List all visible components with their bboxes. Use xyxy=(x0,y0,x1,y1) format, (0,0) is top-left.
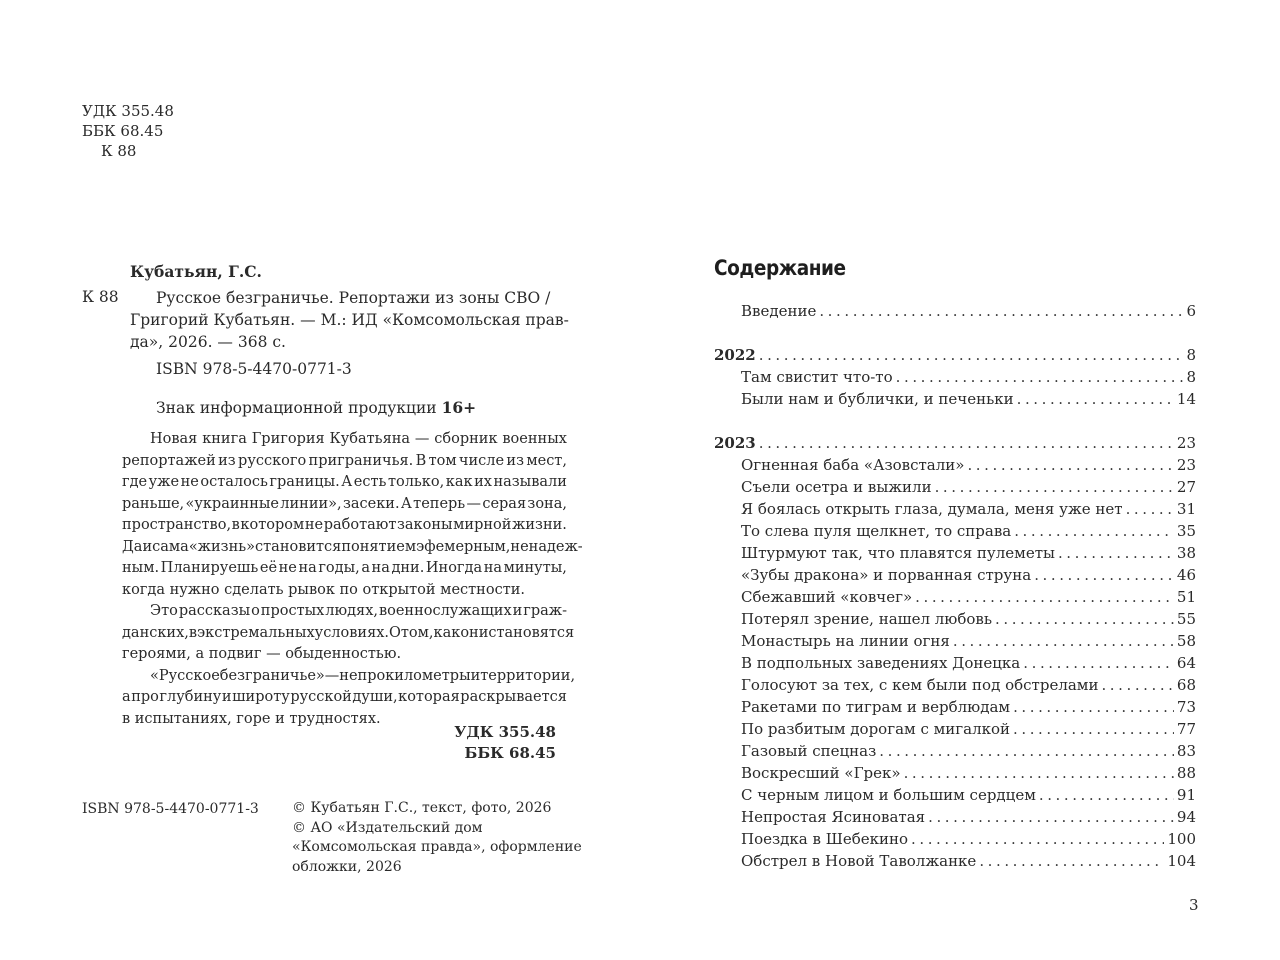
toc-entry-label: Там свистит что-то xyxy=(741,366,893,388)
toc-year-heading[interactable]: 20228 xyxy=(714,344,1196,366)
toc-entry[interactable]: То слева пуля щелкнет, то справа35 xyxy=(714,520,1196,542)
toc-page-number: 83 xyxy=(1177,740,1196,762)
annotation-word: условиях. xyxy=(315,623,389,645)
toc-entry[interactable]: Монастырь на линии огня58 xyxy=(714,630,1196,652)
annotation-word: и xyxy=(513,601,523,623)
annotation-word: В xyxy=(416,451,427,473)
toc-page-number: 46 xyxy=(1177,564,1196,586)
toc-page-number: 23 xyxy=(1177,454,1196,476)
toc-entry-label: В подпольных заведениях Донецка xyxy=(741,652,1020,674)
toc-page-number: 51 xyxy=(1177,586,1196,608)
toc-page-number: 68 xyxy=(1177,674,1196,696)
annotation-word: — xyxy=(467,494,482,516)
catalog-author-mark: К 88 xyxy=(82,287,119,307)
annotation-word: как xyxy=(434,623,461,645)
annotation-word: «Русское xyxy=(150,666,220,688)
annotation-word: минуты, xyxy=(504,558,567,580)
annotation-word: Планируешь xyxy=(161,558,259,580)
annotation-word: простых xyxy=(261,601,325,623)
annotation-word: только, xyxy=(388,472,444,494)
annotation-word: из xyxy=(218,451,236,473)
toc-leader-dots xyxy=(1058,542,1174,564)
catalog-title-line: Григорий Кубатьян. — М.: ИД «Комсомольск… xyxy=(130,309,566,331)
annotation-line: репортажейизрусскогоприграничья.Втомчисл… xyxy=(122,451,567,473)
annotation-word: души, xyxy=(352,687,397,709)
table-of-contents: Введение620228Там свистит что-то8Были на… xyxy=(714,300,1196,872)
annotation-word: книга xyxy=(202,429,247,451)
toc-entry[interactable]: В подпольных заведениях Донецка64 xyxy=(714,652,1196,674)
annotation-word: данских, xyxy=(122,623,189,645)
annotation-word: людях, xyxy=(325,601,378,623)
toc-page-number: 100 xyxy=(1167,828,1196,850)
annotation-word: а xyxy=(361,558,370,580)
age-sign-label: Знак информационной продукции xyxy=(156,399,437,417)
annotation-classification: УДК 355.48 ББК 68.45 xyxy=(430,722,556,764)
annotation-word: Иногда xyxy=(426,558,482,580)
toc-leader-dots xyxy=(1126,498,1174,520)
toc-gap xyxy=(714,410,1196,432)
toc-entry[interactable]: Обстрел в Новой Таволжанке104 xyxy=(714,850,1196,872)
toc-entry[interactable]: Ракетами по тиграм и верблюдам73 xyxy=(714,696,1196,718)
annotation-word: в xyxy=(232,515,240,537)
toc-page-number: 88 xyxy=(1177,762,1196,784)
annotation-word: о xyxy=(251,601,260,623)
toc-entry-label: Воскресший «Грек» xyxy=(741,762,901,784)
toc-leader-dots xyxy=(995,608,1174,630)
annotation-line: апроглубинуиширотурусскойдуши,котораярас… xyxy=(122,687,567,709)
annotation-word: глубину xyxy=(159,687,221,709)
toc-entry[interactable]: Сбежавший «ковчег»51 xyxy=(714,586,1196,608)
copyright-line: «Комсомольская правда», оформление xyxy=(292,838,582,858)
toc-leader-dots xyxy=(896,366,1184,388)
copyright-block: © Кубатьян Г.С., текст, фото, 2026 © АО … xyxy=(292,799,582,877)
annotation-word: осталось xyxy=(200,472,267,494)
catalog-author-heading: Кубатьян, Г.С. xyxy=(130,262,262,282)
toc-leader-dots xyxy=(979,850,1164,872)
toc-leader-dots xyxy=(1023,652,1174,674)
annotation-word: раньше, xyxy=(122,494,184,516)
annotation-word: безграничье» xyxy=(220,666,325,688)
toc-year-heading[interactable]: 202323 xyxy=(714,432,1196,454)
annotation-word: — xyxy=(325,666,340,688)
toc-leader-dots xyxy=(1013,696,1174,718)
toc-leader-dots xyxy=(928,806,1174,828)
annotation-word: в xyxy=(189,623,197,645)
annotation-line: гдеуженеосталосьграницы.Аестьтолько,каки… xyxy=(122,472,567,494)
annotation-word: годы, xyxy=(318,558,359,580)
annotation-word: широту xyxy=(232,687,290,709)
toc-title: Содержание xyxy=(714,256,846,280)
annotation-line: Даисама«жизнь»становитсяпонятиемэфемерны… xyxy=(122,537,567,559)
toc-entry[interactable]: Я боялась открыть глаза, думала, меня уж… xyxy=(714,498,1196,520)
annotation-word: дни. xyxy=(391,558,424,580)
annotation-word: не xyxy=(305,515,323,537)
toc-entry[interactable]: Газовый спецназ83 xyxy=(714,740,1196,762)
annotation-word: котором xyxy=(240,515,304,537)
annotation-line: НоваякнигаГригорияКубатьяна—сборниквоенн… xyxy=(122,429,567,451)
toc-entry-label: Огненная баба «Азовстали» xyxy=(741,454,964,476)
annotation: НоваякнигаГригорияКубатьяна—сборниквоенн… xyxy=(122,429,567,730)
toc-entry-label: Я боялась открыть глаза, думала, меня уж… xyxy=(741,498,1123,520)
toc-page-number: 31 xyxy=(1177,498,1196,520)
toc-entry[interactable]: Там свистит что-то8 xyxy=(714,366,1196,388)
annotation-word: и xyxy=(471,666,481,688)
annotation-word: русского xyxy=(238,451,306,473)
udk-code: УДК 355.48 xyxy=(430,722,556,743)
annotation-word: теперь xyxy=(413,494,465,516)
annotation-word: пространство, xyxy=(122,515,231,537)
annotation-word: из xyxy=(506,451,524,473)
annotation-word: где xyxy=(122,472,147,494)
annotation-word: засеки. xyxy=(343,494,400,516)
annotation-word: мест, xyxy=(526,451,567,473)
annotation-word: работают xyxy=(324,515,397,537)
annotation-word: называли xyxy=(493,472,566,494)
annotation-word: А xyxy=(341,472,352,494)
annotation-word: ным. xyxy=(122,558,159,580)
annotation-word: Кубатьяна xyxy=(330,429,411,451)
annotation-word: репортажей xyxy=(122,451,216,473)
toc-entry[interactable]: Были нам и бублички, и печеньки14 xyxy=(714,388,1196,410)
annotation-word: жизни. xyxy=(512,515,567,537)
annotation-word: их xyxy=(474,472,492,494)
annotation-word: Григория xyxy=(252,429,325,451)
catalog-title-line: да», 2026. — 368 с. xyxy=(130,331,566,353)
annotation-line: пространство,вкоторомнеработаютзаконымир… xyxy=(122,515,567,537)
toc-entry-label: Сбежавший «ковчег» xyxy=(741,586,912,608)
annotation-word: экстремальных xyxy=(197,623,315,645)
annotation-line: когда нужно сделать рывок по открытой ме… xyxy=(122,580,567,602)
udk-code: УДК 355.48 xyxy=(82,101,174,121)
toc-leader-dots xyxy=(911,828,1164,850)
age-sign: Знак информационной продукции 16+ xyxy=(156,398,476,418)
toc-entry-label: Монастырь на линии огня xyxy=(741,630,950,652)
catalog-title-line: Русское безграничье. Репортажи из зоны С… xyxy=(130,287,566,309)
toc-entry-label: «Зубы дракона» и порванная струна xyxy=(741,564,1031,586)
bbk-code: ББК 68.45 xyxy=(82,121,174,141)
annotation-word: том, xyxy=(401,623,434,645)
annotation-word: законы xyxy=(397,515,453,537)
annotation-word: километры xyxy=(385,666,470,688)
toc-page-number: 6 xyxy=(1186,300,1196,322)
toc-entry[interactable]: Поездка в Шебекино100 xyxy=(714,828,1196,850)
toc-leader-dots xyxy=(879,740,1174,762)
toc-entry-label: 2022 xyxy=(714,344,756,366)
annotation-word: рассказы xyxy=(179,601,250,623)
annotation-word: как xyxy=(446,472,473,494)
toc-leader-dots xyxy=(1101,674,1173,696)
toc-entry-label: Съели осетра и выжили xyxy=(741,476,932,498)
annotation-line: ным.Планируешьеёненагоды,анадни.Иногдана… xyxy=(122,558,567,580)
toc-entry-label: Введение xyxy=(741,300,816,322)
toc-page-number: 8 xyxy=(1186,366,1196,388)
toc-entry-label: Штурмуют так, что плавятся пулеметы xyxy=(741,542,1055,564)
annotation-word: а xyxy=(122,687,131,709)
annotation-word: «украинные xyxy=(185,494,279,516)
catalog-isbn: ISBN 978-5-4470-0771-3 xyxy=(156,359,352,379)
annotation-word: не xyxy=(339,666,357,688)
toc-page-number: 8 xyxy=(1186,344,1196,366)
copyright-line: © АО «Издательский дом xyxy=(292,819,582,839)
toc-entry-label: По разбитым дорогам с мигалкой xyxy=(741,718,1010,740)
annotation-word: Это xyxy=(150,601,178,623)
copyright-line: © Кубатьян Г.С., текст, фото, 2026 xyxy=(292,799,582,819)
annotation-word: сама xyxy=(152,537,189,559)
annotation-word: граж- xyxy=(523,601,567,623)
toc-page-number: 35 xyxy=(1177,520,1196,542)
toc-entry-label: То слева пуля щелкнет, то справа xyxy=(741,520,1011,542)
toc-leader-dots xyxy=(1034,564,1174,586)
annotation-word: — xyxy=(415,429,430,451)
toc-entry[interactable]: Съели осетра и выжили27 xyxy=(714,476,1196,498)
toc-leader-dots xyxy=(1017,388,1174,410)
toc-entry[interactable]: Штурмуют так, что плавятся пулеметы38 xyxy=(714,542,1196,564)
toc-entry[interactable]: С черным лицом и большим сердцем91 xyxy=(714,784,1196,806)
annotation-word: серая xyxy=(482,494,526,516)
classification-codes: УДК 355.48 ББК 68.45 К 88 xyxy=(82,101,174,161)
annotation-word: на xyxy=(298,558,316,580)
annotation-word: на xyxy=(372,558,390,580)
page-number: 3 xyxy=(1189,895,1199,915)
toc-entry[interactable]: По разбитым дорогам с мигалкой77 xyxy=(714,718,1196,740)
age-rating: 16+ xyxy=(442,398,477,417)
toc-page-number: 77 xyxy=(1177,718,1196,740)
annotation-word: понятием xyxy=(341,537,416,559)
footer-isbn: ISBN 978-5-4470-0771-3 xyxy=(82,799,259,819)
annotation-word: линии», xyxy=(280,494,341,516)
toc-entry-label: Потерял зрение, нашел любовь xyxy=(741,608,992,630)
toc-leader-dots xyxy=(967,454,1173,476)
toc-leader-dots xyxy=(904,762,1174,784)
toc-page-number: 91 xyxy=(1177,784,1196,806)
toc-page-number: 38 xyxy=(1177,542,1196,564)
copyright-line: обложки, 2026 xyxy=(292,858,582,878)
toc-leader-dots xyxy=(915,586,1174,608)
toc-entry[interactable]: Потерял зрение, нашел любовь55 xyxy=(714,608,1196,630)
annotation-word: А xyxy=(401,494,412,516)
toc-leader-dots xyxy=(1014,520,1174,542)
annotation-line: героями, а подвиг — обыденностью. xyxy=(122,644,567,666)
annotation-word: границы. xyxy=(269,472,339,494)
toc-entry[interactable]: Голосуют за тех, с кем были под обстрела… xyxy=(714,674,1196,696)
toc-entry-label: Непростая Ясиноватая xyxy=(741,806,925,828)
toc-entry-label: Газовый спецназ xyxy=(741,740,876,762)
annotation-word: которая xyxy=(398,687,460,709)
annotation-word: Новая xyxy=(150,429,197,451)
toc-page-number: 14 xyxy=(1177,388,1196,410)
annotation-word: «жизнь» xyxy=(189,537,255,559)
annotation-line: данских,вэкстремальныхусловиях.Отом,како… xyxy=(122,623,567,645)
annotation-word: про xyxy=(358,666,386,688)
toc-entry-label: Ракетами по тиграм и верблюдам xyxy=(741,696,1010,718)
catalog-title-block: Русское безграничье. Репортажи из зоны С… xyxy=(130,287,566,353)
toc-entry-label: Были нам и бублички, и печеньки xyxy=(741,388,1014,410)
annotation-word: не xyxy=(279,558,297,580)
toc-entry-label: Голосуют за тех, с кем были под обстрела… xyxy=(741,674,1098,696)
toc-entry[interactable]: Воскресший «Грек»88 xyxy=(714,762,1196,784)
annotation-word: ненадеж- xyxy=(510,537,582,559)
toc-page-number: 73 xyxy=(1177,696,1196,718)
toc-entry[interactable]: Непростая Ясиноватая94 xyxy=(714,806,1196,828)
annotation-word: на xyxy=(484,558,502,580)
annotation-word: раскрывается xyxy=(460,687,567,709)
annotation-word: О xyxy=(389,623,401,645)
annotation-word: про xyxy=(131,687,159,709)
annotation-line: «Русскоебезграничье»—непрокилометрыитерр… xyxy=(122,666,567,688)
annotation-word: становится xyxy=(255,537,341,559)
annotation-line: раньше,«украинныелинии»,засеки.Атеперь—с… xyxy=(122,494,567,516)
annotation-word: военных xyxy=(502,429,567,451)
annotation-word: и xyxy=(222,687,232,709)
toc-page-number: 58 xyxy=(1177,630,1196,652)
annotation-word: эфемерным, xyxy=(416,537,510,559)
annotation-word: сборник xyxy=(434,429,497,451)
annotation-word: приграничья. xyxy=(309,451,414,473)
toc-entry-label: 2023 xyxy=(714,432,756,454)
toc-leader-dots xyxy=(819,300,1183,322)
annotation-word: Да xyxy=(122,537,142,559)
annotation-word: военнослужащих xyxy=(379,601,512,623)
annotation-word: есть xyxy=(354,472,387,494)
annotation-word: мирной xyxy=(453,515,511,537)
toc-entry-label: С черным лицом и большим сердцем xyxy=(741,784,1036,806)
toc-leader-dots xyxy=(1013,718,1174,740)
toc-entry[interactable]: «Зубы дракона» и порванная струна46 xyxy=(714,564,1196,586)
toc-leader-dots xyxy=(759,344,1184,366)
toc-leader-dots xyxy=(935,476,1174,498)
toc-leader-dots xyxy=(759,432,1174,454)
toc-page-number: 94 xyxy=(1177,806,1196,828)
toc-page-number: 104 xyxy=(1167,850,1196,872)
annotation-word: и xyxy=(142,537,152,559)
annotation-word: они xyxy=(460,623,488,645)
toc-gap xyxy=(714,322,1196,344)
annotation-line: Эторассказыопростыхлюдях,военнослужащихи… xyxy=(122,601,567,623)
annotation-word: становятся xyxy=(488,623,574,645)
annotation-word: её xyxy=(260,558,277,580)
toc-entry-label: Поездка в Шебекино xyxy=(741,828,908,850)
annotation-word: не xyxy=(181,472,199,494)
annotation-word: зона, xyxy=(527,494,567,516)
bbk-code: ББК 68.45 xyxy=(430,743,556,764)
toc-page-number: 55 xyxy=(1177,608,1196,630)
author-mark: К 88 xyxy=(82,141,174,161)
annotation-word: русской xyxy=(290,687,352,709)
annotation-word: числе xyxy=(459,451,504,473)
toc-page-number: 23 xyxy=(1177,432,1196,454)
toc-entry[interactable]: Огненная баба «Азовстали»23 xyxy=(714,454,1196,476)
toc-entry[interactable]: Введение6 xyxy=(714,300,1196,322)
toc-page-number: 27 xyxy=(1177,476,1196,498)
toc-entry-label: Обстрел в Новой Таволжанке xyxy=(741,850,976,872)
annotation-word: уже xyxy=(149,472,179,494)
toc-page-number: 64 xyxy=(1177,652,1196,674)
toc-leader-dots xyxy=(1039,784,1174,806)
annotation-word: том xyxy=(429,451,457,473)
annotation-word: территории, xyxy=(480,666,575,688)
toc-leader-dots xyxy=(953,630,1174,652)
